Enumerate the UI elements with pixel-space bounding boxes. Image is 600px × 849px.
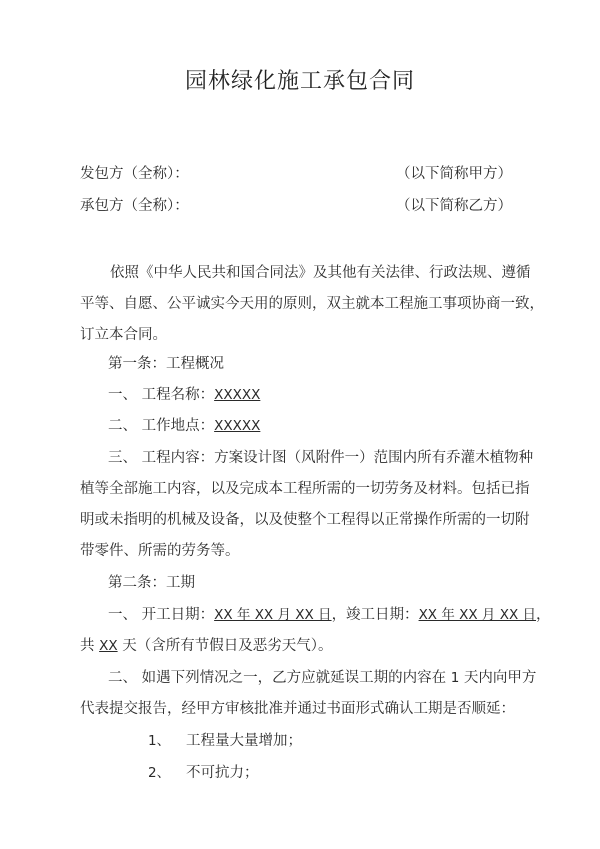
work-location-row: 二、 工作地点：XXXXX	[108, 414, 260, 435]
scope-line-3: 明或未指明的机械及设备，以及使整个工程得以正常操作所需的一切附	[80, 508, 530, 529]
duration-suffix: 天（含所有节假日及恶劣天气）。	[118, 638, 333, 654]
delay-clause-line-1: 二、 如遇下列情况之一，乙方应就延误工期的内容在 1 天内向甲方	[108, 666, 536, 687]
article-1-heading: 第一条：工程概况	[108, 352, 224, 373]
delay-clause-text-a: 二、 如遇下列情况之一，乙方应就延误工期的内容在	[108, 670, 451, 686]
sub-item-1: 1、工程量大量增加；	[148, 729, 302, 750]
scope-line-4: 带零件、所需的劳务等。	[80, 539, 240, 560]
start-date-label: 一、 开工日期：	[108, 607, 214, 623]
delay-clause-line-2: 代表提交报告，经甲方审核批准并通过书面形式确认工期是否顺延：	[80, 697, 515, 718]
sub-item-2-number: 2、	[148, 761, 186, 781]
contractor-alias: （以下简称乙方）	[396, 194, 512, 215]
sub-item-2: 2、不可抗力；	[148, 761, 259, 782]
scope-line-2: 植等全部施工内容，以及完成本工程所需的一切劳务及材料。包括已指	[80, 477, 530, 498]
article-2-heading: 第二条：工期	[108, 571, 195, 592]
schedule-dates-row: 一、 开工日期：XX 年 XX 月 XX 日，竣工日期：XX 年 XX 月 XX…	[108, 603, 551, 624]
work-location-value: XXXXX	[214, 418, 260, 434]
end-date-value: XX 年 XX 月 XX 日	[419, 607, 536, 623]
contractor-label: 承包方（全称）：	[80, 194, 189, 215]
work-location-label: 二、 工作地点：	[108, 418, 214, 434]
preamble-line-2: 平等、自愿、公平诚实今天用的原则，双主就本工程施工事项协商一致，	[80, 292, 544, 313]
preamble-line-3: 订立本合同。	[80, 323, 167, 344]
scope-line-1: 三、 工程内容：方案设计图（风附件一）范围内所有乔灌木植物种	[108, 446, 533, 467]
punctuation: ，	[536, 607, 551, 623]
preamble-line-1: 依照《中华人民共和国合同法》及其他有关法律、行政法规、遵循	[110, 261, 531, 282]
project-name-label: 一、 工程名称：	[108, 387, 214, 403]
employer-label: 发包方（全称）：	[80, 162, 189, 183]
project-name-row: 一、 工程名称：XXXXX	[108, 383, 260, 404]
end-date-label: ，竣工日期：	[332, 607, 419, 623]
duration-row: 共 XX 天（含所有节假日及恶劣天气）。	[80, 634, 332, 655]
duration-prefix: 共	[80, 638, 99, 654]
start-date-value: XX 年 XX 月 XX 日	[214, 607, 331, 623]
document-title: 园林绿化施工承包合同	[0, 64, 600, 95]
sub-item-2-text: 不可抗力；	[186, 765, 259, 781]
duration-days-value: XX	[99, 638, 118, 654]
employer-alias: （以下简称甲方）	[396, 162, 512, 183]
delay-clause-text-b: 天内向甲方	[459, 670, 536, 686]
sub-item-1-number: 1、	[148, 729, 186, 749]
project-name-value: XXXXX	[214, 387, 260, 403]
sub-item-1-text: 工程量大量增加；	[186, 733, 302, 749]
